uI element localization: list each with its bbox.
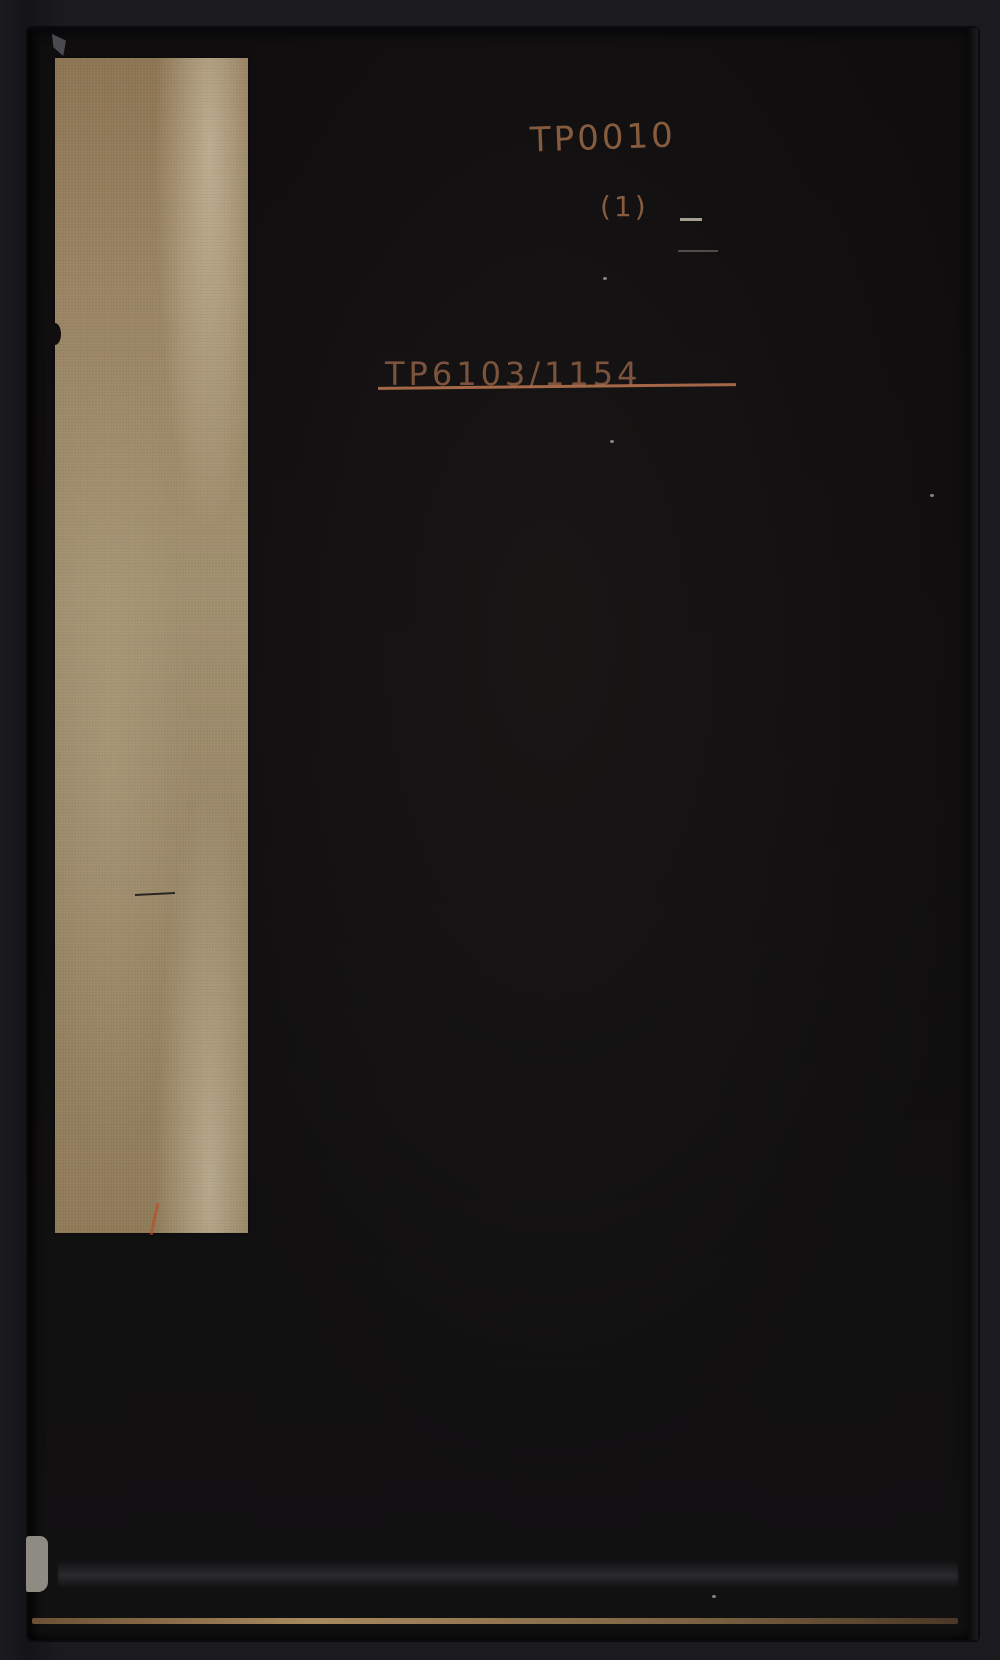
page-edge (32, 1618, 958, 1624)
volume-underline (678, 250, 718, 252)
speck (930, 494, 934, 497)
volume-mark (680, 218, 702, 221)
slip-red-mark (150, 1203, 160, 1235)
shelfmark-current: TP0010 (529, 115, 676, 160)
speck (712, 1595, 716, 1598)
cover-top-edge (28, 28, 968, 38)
volume-number: (1) (600, 190, 649, 223)
title-slip (55, 58, 248, 1233)
corner-wear-bottom (26, 1536, 48, 1592)
slip-tear (49, 323, 61, 345)
speck (610, 440, 614, 443)
cover-bottom-sheen (58, 1560, 958, 1588)
slip-ink-mark (135, 892, 175, 896)
cover-right-edge (968, 28, 978, 1640)
speck (603, 277, 607, 280)
